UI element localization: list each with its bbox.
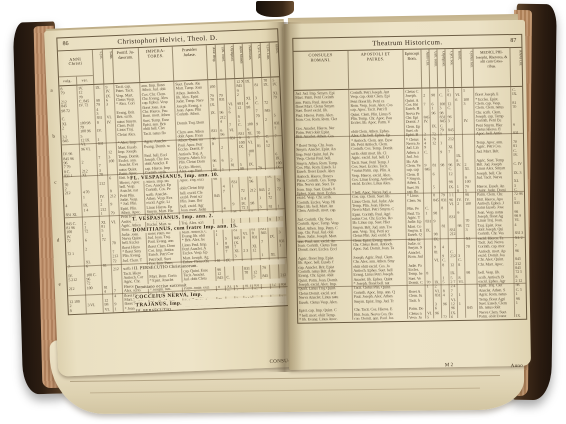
margin-letter: b: [52, 135, 55, 140]
right-signature-mark: M 2: [429, 363, 469, 369]
col-medici: MEDICI, PHI- losophi, Rhetores, & alii c…: [472, 48, 510, 87]
margin-letter: d: [57, 239, 60, 244]
col-episcopi: Episcopi Rom.: [402, 50, 421, 88]
col-vertical-label: Indict.: [269, 42, 279, 76]
col-anni-ver: ver.: [75, 76, 93, 85]
col-anni-subheads: vulg. ver.: [59, 75, 93, 85]
right-table-body: Jud. Jud. Imp. Smyrn. Epi Mart. Patm. Pe…: [294, 87, 526, 321]
margin-letter: c: [54, 181, 56, 186]
right-page-number: 87: [510, 35, 516, 47]
left-catchword: CONSU-: [248, 359, 290, 366]
book-photo: 86 Christophori Helvici, Theol. D. ANNI …: [0, 0, 566, 424]
right-page: Theatrum Historicum. 87 CONSULES ROMANI.…: [283, 20, 531, 370]
margin-letter: a: [50, 89, 52, 94]
col-vertical-label: Sabb.: [102, 49, 113, 83]
left-page-number: 86: [62, 38, 68, 50]
spine-headband: [256, 1, 294, 17]
col-anni-christi: ANNI Christi vulg. ver.: [58, 50, 93, 85]
col-pontifices: Pontif. Ju- dæorum.: [112, 48, 139, 83]
left-chronology-table: 86 Christophori Helvici, Theol. D. ANNI …: [56, 28, 289, 315]
col-praesides: Præsides Judææ.: [172, 45, 207, 80]
right-catchword: Anno: [485, 364, 523, 370]
right-table-header: CONSULES ROMANI. APOSTOLI ET PATRES. Epi…: [293, 48, 522, 91]
col-vertical-label: ANNI Chr.: [509, 48, 522, 86]
col-consules: CONSULES ROMANI.: [293, 51, 348, 90]
left-page: 86 Christophori Helvici, Theol. D. ANNI …: [44, 21, 298, 377]
col-vertical-label: Cyclus Jud.: [460, 49, 473, 87]
margin-letter: e: [59, 283, 61, 288]
right-chronology-table: Theatrum Historicum. 87 CONSULES ROMANI.…: [292, 34, 527, 324]
col-imperatores: IMPERA- TORES.: [138, 47, 173, 82]
col-anni-title: ANNI Christi: [58, 57, 92, 68]
left-table-body: 8 79 212 845 98 72 C. XI. 2 3 2 845 IV. …: [59, 77, 288, 314]
col-apostoli: APOSTOLI ET PATRES.: [347, 50, 403, 89]
col-anni-vulg: vulg.: [59, 77, 76, 86]
